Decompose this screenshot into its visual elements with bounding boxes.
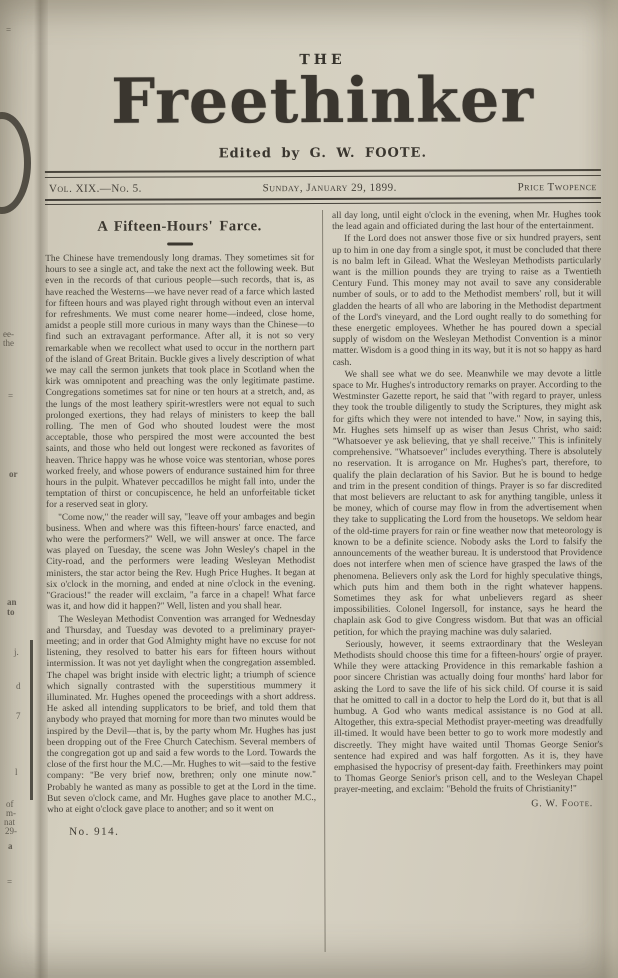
margin-fragment: 29-: [5, 827, 17, 836]
volume-number: Vol. XIX.—No. 5.: [49, 183, 142, 195]
right-column: all day long, until eight o'clock in the…: [323, 209, 604, 952]
page-right-edge: [604, 0, 618, 978]
title-divider: [167, 242, 193, 245]
margin-fragment: l: [15, 768, 18, 777]
masthead-title: Freethinker: [45, 69, 601, 133]
scanned-newspaper-page: = ee- the = or an to j. d 7 l of m- nat …: [0, 0, 618, 978]
margin-fragment: the: [3, 339, 14, 348]
article-paragraph: If the Lord does not answer those five o…: [332, 233, 601, 368]
article-paragraph: The Chinese have tremendously long drama…: [45, 253, 315, 512]
article-paragraph: The Wesleyan Methodist Convention was ar…: [46, 614, 316, 817]
margin-fragment: =: [8, 392, 13, 401]
margin-fragment: =: [7, 878, 12, 887]
masthead-edited-by: Edited by G. W. FOOTE.: [45, 145, 601, 162]
margin-fragment: =: [6, 26, 11, 35]
margin-fragment: j.: [14, 648, 19, 657]
margin-fragment: an: [7, 598, 17, 607]
article-paragraph: We shall see what we do see. Meanwhile w…: [333, 369, 603, 639]
newspaper-page: THE Freethinker Edited by G. W. FOOTE. V…: [44, 0, 603, 978]
issue-number: No. 914.: [69, 825, 316, 838]
adjacent-page-letter-curve: [0, 112, 31, 214]
article-paragraph: "Come now," the reader will say, "leave …: [46, 512, 315, 614]
article-columns: A Fifteen-Hours' Farce. The Chinese have…: [45, 209, 604, 953]
masthead-the: THE: [44, 0, 600, 69]
issue-info-row: Vol. XIX.—No. 5. Sunday, January 29, 189…: [45, 176, 601, 199]
issue-price: Price Twopence: [518, 181, 597, 193]
adjacent-page-rule: [30, 640, 33, 800]
article-paragraph: Seriously, however, it seems extraordina…: [334, 639, 604, 797]
header-rule: [45, 197, 601, 205]
margin-fragment: a: [8, 842, 13, 851]
author-signature: G. W. Foote.: [334, 798, 603, 810]
margin-fragment: 7: [16, 712, 21, 721]
article-title: A Fifteen-Hours' Farce.: [45, 218, 314, 236]
article-paragraph: all day long, until eight o'clock in the…: [332, 210, 601, 233]
left-column: A Fifteen-Hours' Farce. The Chinese have…: [45, 210, 325, 953]
margin-fragment: d: [16, 682, 21, 691]
issue-date: Sunday, January 29, 1899.: [263, 182, 397, 194]
margin-fragment: to: [7, 608, 15, 617]
margin-fragment: or: [9, 470, 18, 479]
